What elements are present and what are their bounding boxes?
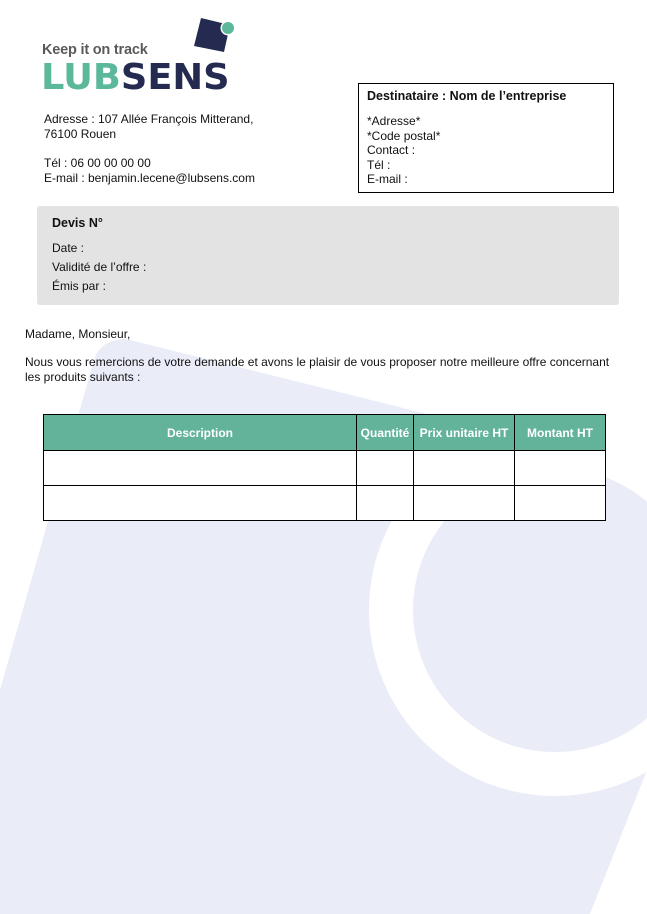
recipient-phone[interactable]: Tél : [367,158,605,173]
sender-info: Adresse : 107 Allée François Mitterand, … [44,112,255,186]
quote-date[interactable]: Date : [52,239,604,258]
cell-unit-price[interactable] [414,486,515,521]
company-logo: Keep it on track LUBSENS [42,16,242,96]
logo-mark-icon [192,16,234,58]
cell-description[interactable] [44,486,357,521]
logo-word-sens: SENS [121,57,230,98]
logo-wordmark: LUBSENS [41,60,230,96]
intro-paragraph: Nous vous remercions de votre demande et… [25,355,625,385]
header-unit-price: Prix unitaire HT [414,415,515,451]
cell-unit-price[interactable] [414,451,515,486]
header-description: Description [44,415,357,451]
quote-number[interactable]: Devis N° [52,216,604,231]
cell-quantity[interactable] [357,486,414,521]
header-quantity: Quantité [357,415,414,451]
sender-email: E-mail : benjamin.lecene@lubsens.com [44,171,255,186]
quote-validity[interactable]: Validité de l’offre : [52,258,604,277]
quote-issued-by[interactable]: Émis par : [52,277,604,296]
logo-word-lub: LUB [41,57,121,98]
cell-quantity[interactable] [357,451,414,486]
cell-description[interactable] [44,451,357,486]
quote-info-box: Devis N° Date : Validité de l’offre : Ém… [37,206,619,305]
cell-amount[interactable] [515,451,606,486]
quote-document: Keep it on track LUBSENS Adresse : 107 A… [0,0,647,914]
sender-address-line1: Adresse : 107 Allée François Mitterand, [44,112,255,127]
recipient-title: Destinataire : Nom de l’entreprise [367,89,605,104]
recipient-address[interactable]: *Adresse* [367,114,605,129]
sender-address-line2: 76100 Rouen [44,127,255,142]
recipient-box: Destinataire : Nom de l’entreprise *Adre… [358,83,614,193]
recipient-contact[interactable]: Contact : [367,143,605,158]
items-table: Description Quantité Prix unitaire HT Mo… [43,414,606,521]
recipient-email[interactable]: E-mail : [367,172,605,187]
table-row [44,486,606,521]
table-header-row: Description Quantité Prix unitaire HT Mo… [44,415,606,451]
table-row [44,451,606,486]
header-amount: Montant HT [515,415,606,451]
sender-phone: Tél : 06 00 00 00 00 [44,156,255,171]
salutation: Madame, Monsieur, [25,327,130,342]
cell-amount[interactable] [515,486,606,521]
recipient-postal-code[interactable]: *Code postal* [367,129,605,144]
logo-tagline: Keep it on track [42,42,148,58]
